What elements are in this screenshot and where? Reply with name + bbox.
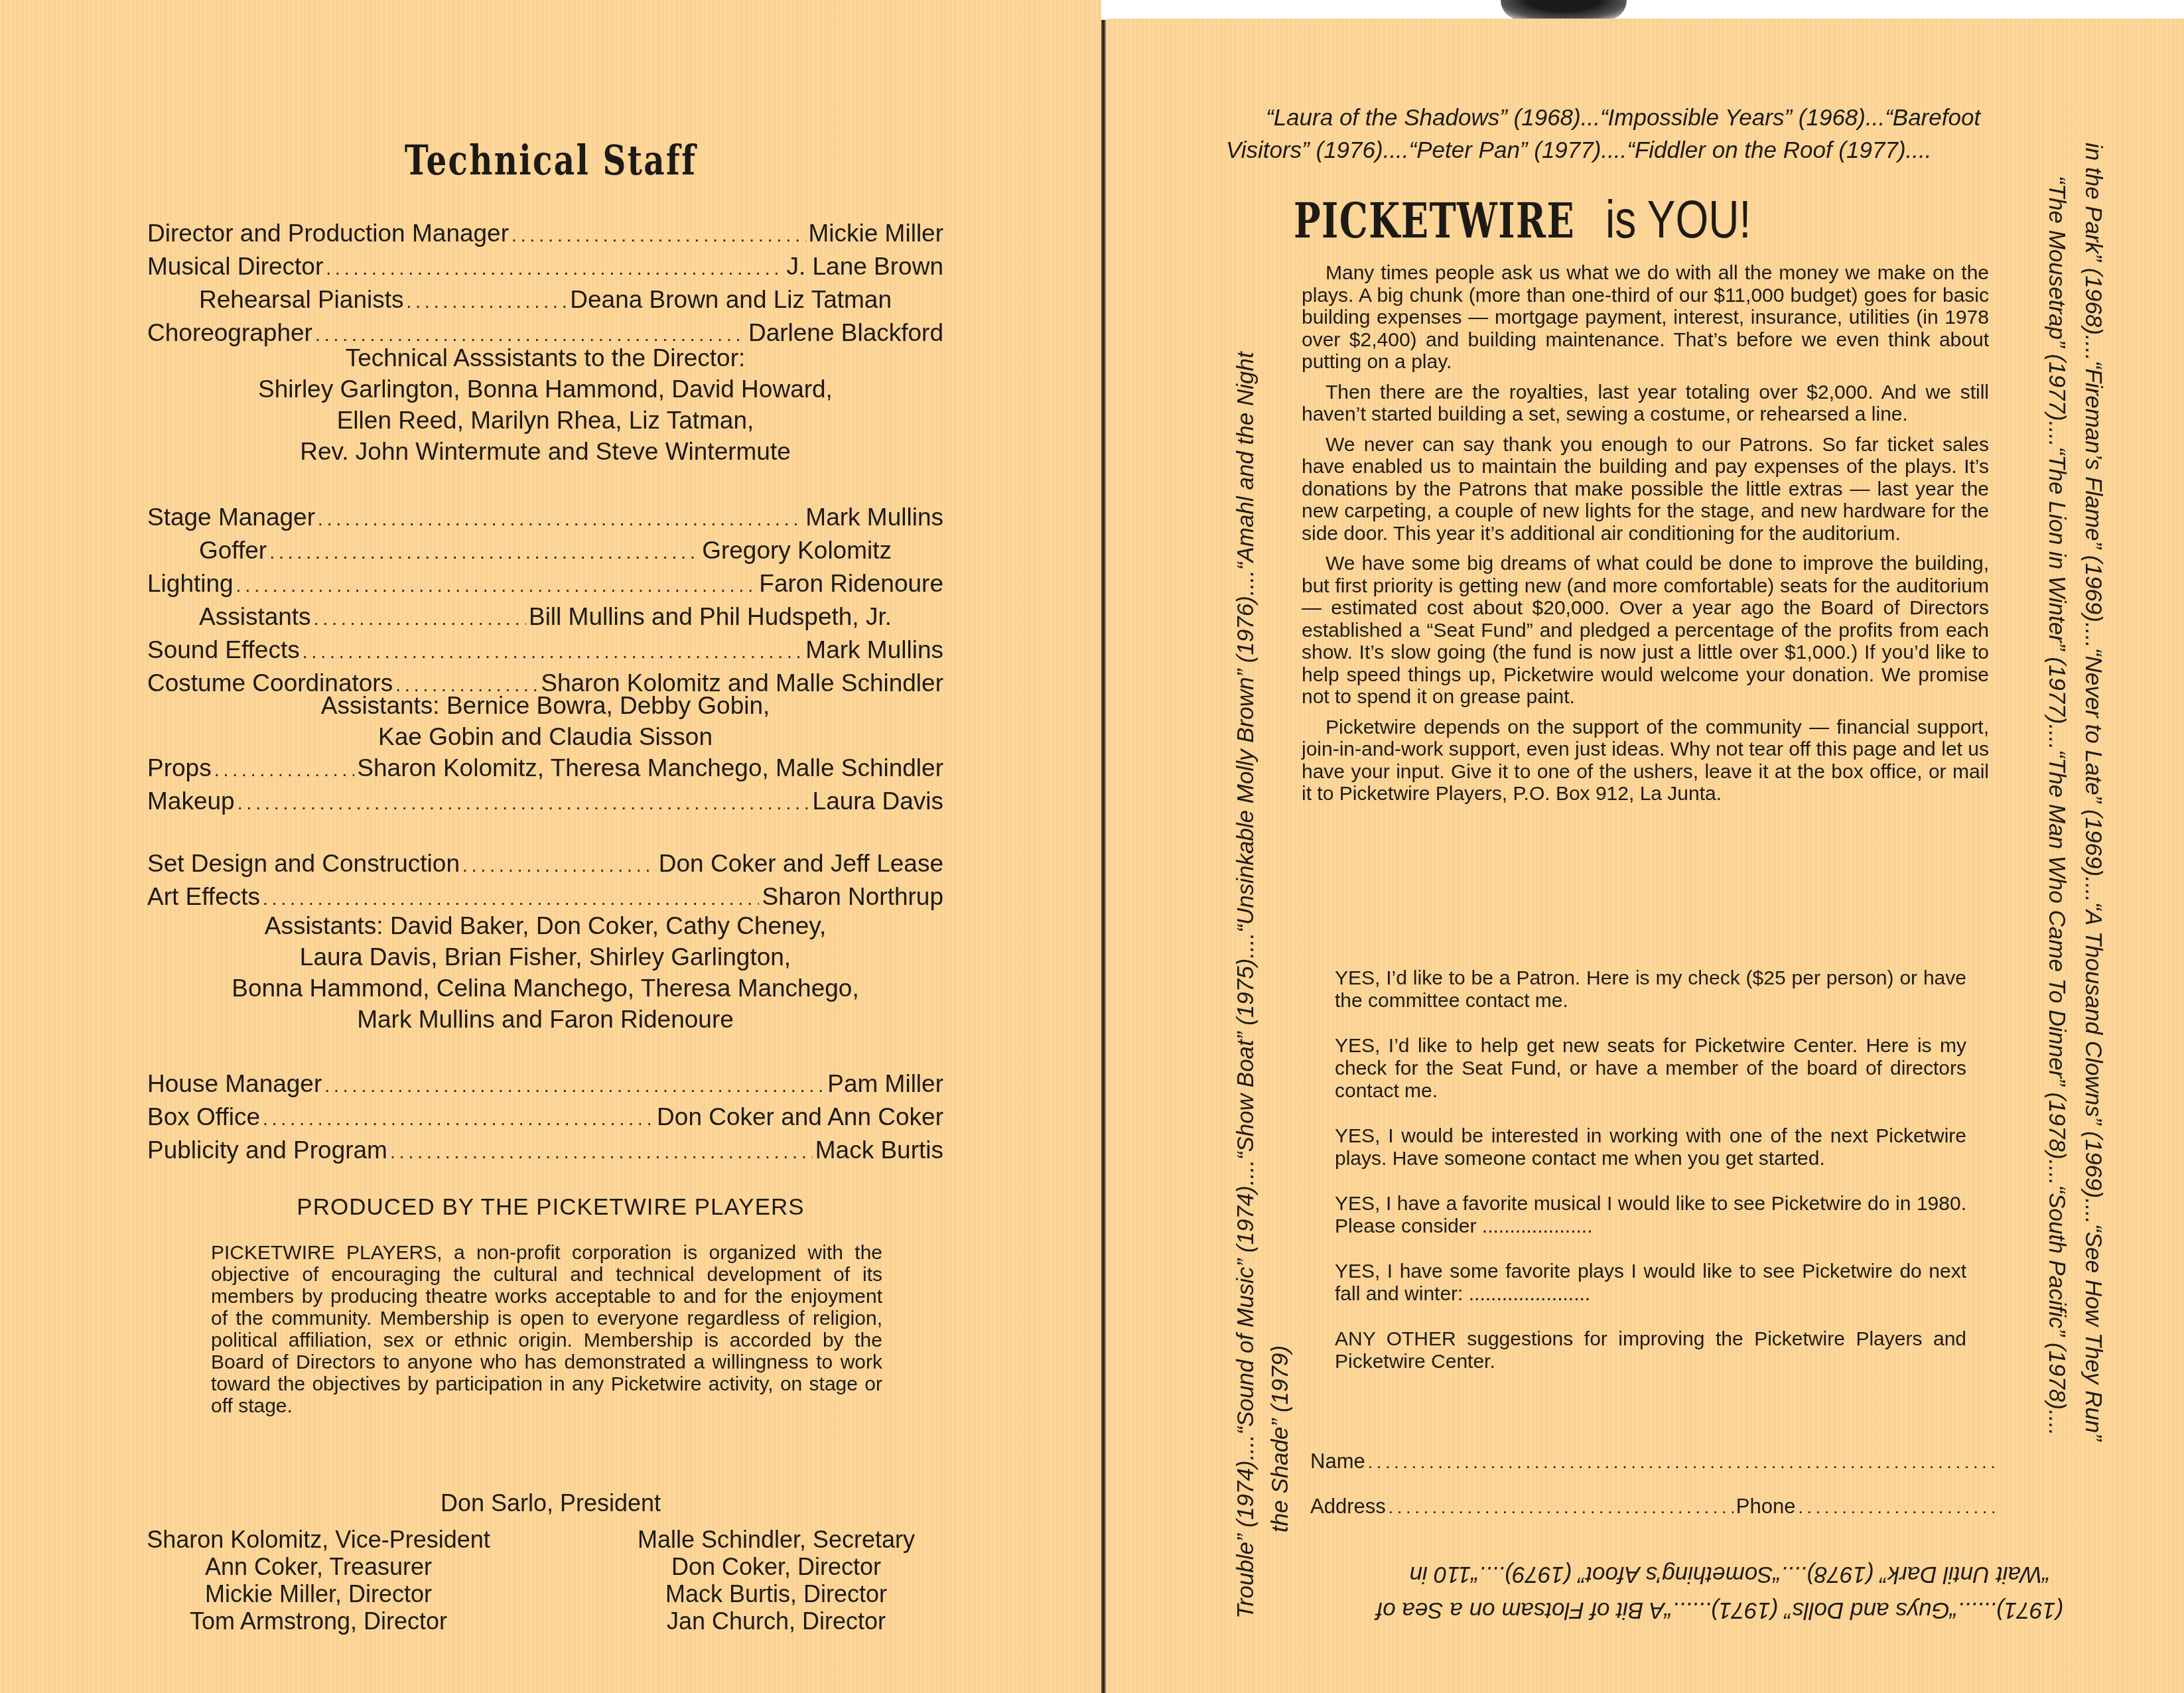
staff-row: LightingFaron Ridenoure [147,568,943,601]
staff-role: Goffer [199,535,267,566]
staff-row: Musical DirectorJ. Lane Brown [147,251,943,284]
staff-name: Mickie Miller [809,218,944,249]
dot-leader [303,636,803,667]
productions-border-top-2: Visitors” (1976)....“Peter Pan” (1977)..… [1226,137,1931,164]
staff-row: MakeupLaura Davis [147,785,943,819]
productions-border-right-1: in the Park” (1968)....“Fireman’s Flame”… [2080,143,2106,1441]
officers-left-column: Sharon Kolomitz, Vice-President Ann Coke… [113,1526,524,1635]
staff-name: Pam Miller [827,1068,943,1099]
dot-leader [236,570,757,601]
article-paragraph: We have some big dreams of what could be… [1302,553,1989,709]
staff-row: Box OfficeDon Coker and Ann Coker [147,1101,943,1134]
staff-group-5: House ManagerPam MillerBox OfficeDon Cok… [147,1068,943,1168]
staff-row: GofferGregory Kolomitz [147,535,943,568]
staff-row: AssistantsBill Mullins and Phil Hudspeth… [147,601,943,634]
staff-role: Rehearsal Pianists [199,284,403,315]
booklet-spine [1101,20,1107,1693]
option-other-suggestions[interactable]: ANY OTHER suggestions for improving the … [1335,1328,1966,1373]
officer: Sharon Kolomitz, Vice-President [113,1526,524,1553]
phone-fill-line[interactable] [1798,1497,1994,1518]
name-fill-line[interactable] [1368,1452,1994,1473]
productions-border-bottom-1: “Wait Until Dark” (1978)....“Something’s… [1410,1561,2050,1588]
staff-role: Sound Effects [147,634,300,665]
staff-name: Laura Davis [813,785,943,817]
officer: Tom Armstrong, Director [113,1607,524,1635]
staff-role: Director and Production Manager [147,218,509,249]
productions-border-bottom-2: (1971)......“Guys and Dolls” (1971).....… [1376,1597,2063,1623]
costume-assistants: Assistants: Bernice Bowra, Debby Gobin, … [147,690,943,752]
option-seat-fund[interactable]: YES, I’d like to help get new seats for … [1335,1035,1966,1103]
staff-row: House ManagerPam Miller [147,1068,943,1101]
tech-assistants-line: Rev. John Wintermute and Steve Wintermut… [147,436,943,467]
staff-role: Lighting [147,568,234,599]
staff-name: Sharon Northrup [762,881,943,912]
staff-group-1: Director and Production ManagerMickie Mi… [147,218,943,350]
phone-label: Phone [1736,1495,1796,1519]
art-assistants: Assistants: David Baker, Don Coker, Cath… [147,910,943,1035]
staff-row: Rehearsal PianistsDeana Brown and Liz Ta… [147,284,943,317]
option-favorite-plays[interactable]: YES, I have some favorite plays I would … [1335,1260,1966,1306]
staff-name: Bill Mullins and Phil Hudspeth, Jr. [529,601,892,632]
organization-statement: PICKETWIRE PLAYERS, a non-profit corpora… [211,1242,882,1417]
officer: Don Coker, Director [597,1553,955,1580]
staff-role: Art Effects [147,881,260,912]
staff-row: Sound EffectsMark Mullins [147,634,943,667]
staff-row: Art EffectsSharon Northrup [147,881,943,914]
president: Don Sarlo, President [0,1489,1101,1517]
dot-leader [406,286,567,317]
dot-leader [390,1136,813,1168]
staff-name: Mack Burtis [815,1134,943,1166]
productions-border-left-1: Trouble” (1974)....“Sound of Music” (197… [1233,352,1259,1619]
staff-role: Musical Director [147,251,323,282]
productions-border-top-1: “Laura of the Shadows” (1968)...“Impossi… [1266,105,1980,131]
dot-leader [462,850,656,881]
staff-group-2: Stage ManagerMark MullinsGofferGregory K… [147,502,943,701]
staff-row: Director and Production ManagerMickie Mi… [147,218,943,251]
staff-name: J. Lane Brown [786,251,943,282]
tech-assistants-heading: Technical Asssistants to the Director: [147,342,943,373]
staff-role: Assistants [199,601,311,632]
article-paragraph: Picketwire depends on the support of the… [1302,716,1989,805]
staff-role: Props [147,752,212,783]
art-assistants-line: Mark Mullins and Faron Ridenoure [147,1004,943,1035]
produced-by-heading: PRODUCED BY THE PICKETWIRE PLAYERS [0,1194,1101,1221]
staff-role: Set Design and Construction [147,848,460,879]
response-options: YES, I’d like to be a Patron. Here is my… [1335,967,1966,1396]
headline-tagline: is YOU! [1605,189,1751,250]
dot-leader [263,883,759,914]
costume-assistants-line: Kae Gobin and Claudia Sisson [147,721,943,752]
officer: Malle Schindler, Secretary [597,1526,955,1553]
dot-leader [263,1103,654,1134]
officer: Mickie Miller, Director [113,1580,524,1607]
staff-group-3: PropsSharon Kolomitz, Theresa Manchego, … [147,752,943,819]
officers-right-column: Malle Schindler, Secretary Don Coker, Di… [597,1526,955,1635]
staff-name: Deana Brown and Liz Tatman [570,284,892,315]
staff-name: Mark Mullins [805,502,943,533]
staff-role: Stage Manager [147,502,315,533]
staff-name: Don Coker and Jeff Lease [659,848,943,879]
staff-role: Makeup [147,785,235,817]
dot-leader [326,253,784,284]
staff-name: Don Coker and Ann Coker [657,1101,943,1132]
option-volunteer[interactable]: YES, I would be interested in working wi… [1335,1125,1966,1170]
productions-border-left-2: the Shade” (1979) [1267,1345,1294,1532]
binder-clip-shadow [1501,0,1627,20]
scan-top-margin [1107,0,2184,19]
address-label: Address [1310,1495,1386,1519]
productions-border-right-2: “The Mousetrap” (1977)....“The Lion in W… [2043,176,2070,1436]
name-label: Name [1310,1450,1365,1473]
art-assistants-line: Laura Davis, Brian Fisher, Shirley Garli… [147,941,943,973]
dot-leader [314,603,526,634]
page-title: Technical Staff [121,136,981,184]
art-assistants-line: Bonna Hammond, Celina Manchego, Theresa … [147,973,943,1004]
staff-name: Mark Mullins [805,634,943,665]
staff-role: Publicity and Program [147,1134,387,1166]
name-field[interactable]: Name [1310,1450,1997,1473]
article-paragraph: We never can say thank you enough to our… [1302,434,1989,545]
staff-name: Sharon Kolomitz, Theresa Manchego, Malle… [357,752,943,783]
staff-row: Publicity and ProgramMack Burtis [147,1134,943,1168]
art-assistants-line: Assistants: David Baker, Don Coker, Cath… [147,910,943,941]
staff-role: Box Office [147,1101,260,1132]
staff-row: Set Design and ConstructionDon Coker and… [147,848,943,881]
headline-brand: PICKETWIRE [1294,192,1575,249]
staff-role: House Manager [147,1068,322,1099]
dot-leader [324,1070,825,1101]
address-fill-line[interactable] [1389,1497,1734,1518]
dot-leader [318,504,803,535]
appeal-article: Many times people ask us what we do with… [1302,262,1989,813]
officer: Jan Church, Director [597,1607,955,1635]
officer: Ann Coker, Treasurer [113,1553,524,1580]
article-paragraph: Then there are the royalties, last year … [1302,381,1989,426]
dot-leader [512,220,805,251]
tech-assistants: Technical Asssistants to the Director: S… [147,342,943,467]
dot-leader [214,754,355,785]
staff-row: Stage ManagerMark Mullins [147,502,943,535]
headline: PICKETWIRE is YOU! [1294,189,1787,250]
officer: Mack Burtis, Director [597,1580,955,1607]
staff-group-4: Set Design and ConstructionDon Coker and… [147,848,943,914]
staff-name: Gregory Kolomitz [702,535,892,566]
article-paragraph: Many times people ask us what we do with… [1302,262,1989,373]
dot-leader [269,537,699,568]
address-phone-field[interactable]: Address Phone [1310,1495,1997,1519]
staff-row: PropsSharon Kolomitz, Theresa Manchego, … [147,752,943,785]
option-patron[interactable]: YES, I’d like to be a Patron. Here is my… [1335,967,1966,1012]
staff-name: Faron Ridenoure [759,568,943,599]
dot-leader [238,787,810,819]
tech-assistants-line: Ellen Reed, Marilyn Rhea, Liz Tatman, [147,405,943,436]
costume-assistants-line: Assistants: Bernice Bowra, Debby Gobin, [147,690,943,721]
tech-assistants-line: Shirley Garlington, Bonna Hammond, David… [147,373,943,405]
option-favorite-musical[interactable]: YES, I have a favorite musical I would l… [1335,1193,1966,1238]
